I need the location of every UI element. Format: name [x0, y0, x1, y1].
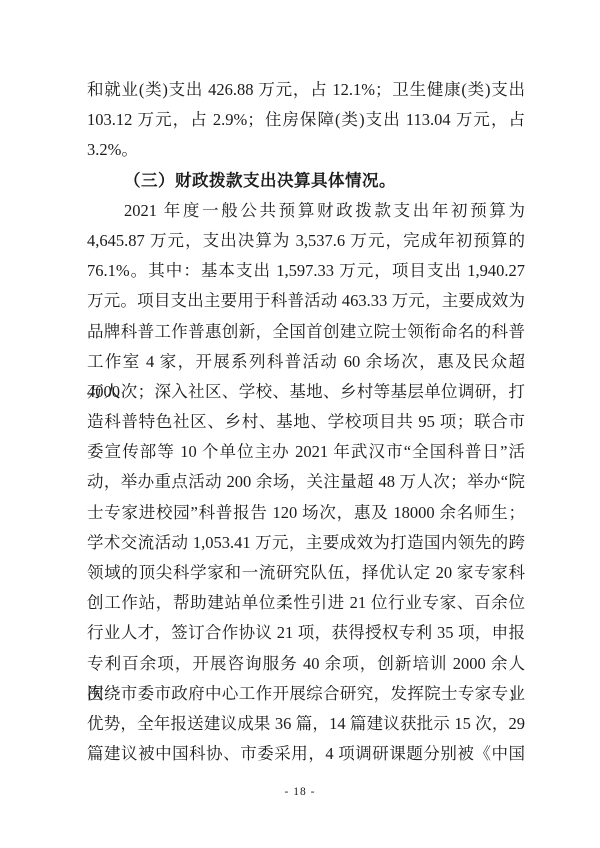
- text-line: 围绕市委市政府中心工作开展综合研究，发挥院士专家专业: [87, 679, 525, 709]
- text-line: 优势，全年报送建议成果 36 篇，14 篇建议获批示 15 次，29: [87, 709, 525, 739]
- text-line: 造科普特色社区、乡村、基地、学校项目共 95 项；联合市: [87, 407, 525, 437]
- document-body: 和就业(类)支出 426.88 万元，占 12.1%；卫生健康(类)支出103.…: [87, 75, 525, 769]
- text-line: 和就业(类)支出 426.88 万元，占 12.1%；卫生健康(类)支出: [87, 75, 525, 105]
- text-line: 万元。项目支出主要用于科普活动 463.33 万元，主要成效为: [87, 286, 525, 316]
- text-line: 工作室 4 家，开展系列科普活动 60 余场次，惠及民众超 4000: [87, 347, 525, 377]
- text-line: 3.2%。: [87, 135, 525, 165]
- text-line: 2021 年度一般公共预算财政拨款支出年初预算为: [87, 196, 525, 226]
- text-line: 103.12 万元，占 2.9%；住房保障(类)支出 113.04 万元，占: [87, 105, 525, 135]
- text-line: 领域的顶尖科学家和一流研究队伍，择优认定 20 家专家科: [87, 558, 525, 588]
- text-line: 4,645.87 万元，支出决算为 3,537.6 万元，完成年初预算的: [87, 226, 525, 256]
- text-line: 士专家进校园”科普报告 120 场次，惠及 18000 余名师生；: [87, 498, 525, 528]
- text-line: 委宣传部等 10 个单位主办 2021 年武汉市“全国科普日”活: [87, 437, 525, 467]
- text-line: 万人次；深入社区、学校、基地、乡村等基层单位调研，打: [87, 377, 525, 407]
- text-line: 篇建议被中国科协、市委采用，4 项调研课题分别被《中国: [87, 739, 525, 769]
- text-line: 品牌科普工作普惠创新，全国首创建立院士领衔命名的科普: [87, 317, 525, 347]
- text-line: 学术交流活动 1,053.41 万元，主要成效为打造国内领先的跨: [87, 528, 525, 558]
- page-number: - 18 -: [0, 786, 600, 798]
- document-page: 和就业(类)支出 426.88 万元，占 12.1%；卫生健康(类)支出103.…: [0, 0, 600, 848]
- text-line: 动，举办重点活动 200 余场，关注量超 48 万人次；举办“院: [87, 467, 525, 497]
- text-line: 76.1%。其中：基本支出 1,597.33 万元，项目支出 1,940.27: [87, 256, 525, 286]
- text-line: 专利百余项，开展咨询服务 40 余项，创新培训 2000 余人次；: [87, 649, 525, 679]
- text-line: 创工作站，帮助建站单位柔性引进 21 位行业专家、百余位: [87, 588, 525, 618]
- section-heading: （三）财政拨款支出决算具体情况。: [87, 166, 525, 196]
- text-line: 行业人才，签订合作协议 21 项，获得授权专利 35 项，申报: [87, 618, 525, 648]
